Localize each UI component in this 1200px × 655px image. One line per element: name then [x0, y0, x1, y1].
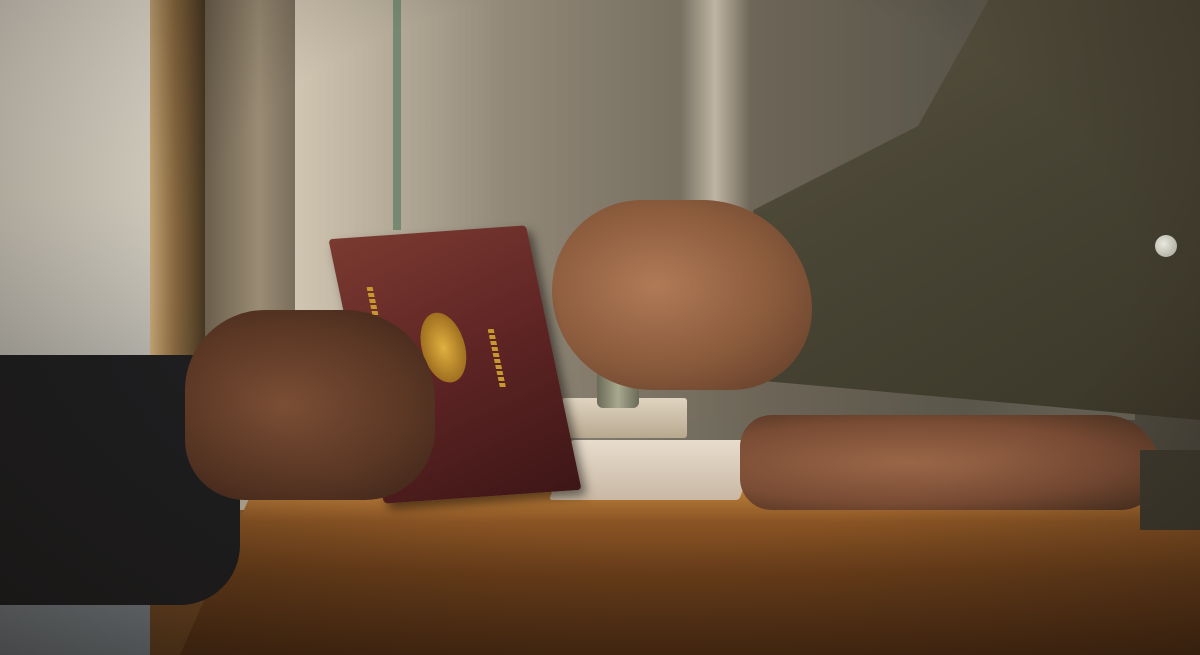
uniform-button — [1155, 235, 1177, 257]
passport-gold-lettering — [488, 329, 507, 389]
officer-hand-flat — [740, 415, 1160, 510]
photo-scene — [0, 0, 1200, 655]
traveler-hand — [185, 310, 435, 500]
window-frame — [205, 0, 295, 360]
officer-cuff — [1140, 450, 1200, 530]
glass-edge — [393, 0, 401, 230]
officer-hand-stamping — [552, 200, 812, 390]
passport-pages — [549, 440, 761, 500]
